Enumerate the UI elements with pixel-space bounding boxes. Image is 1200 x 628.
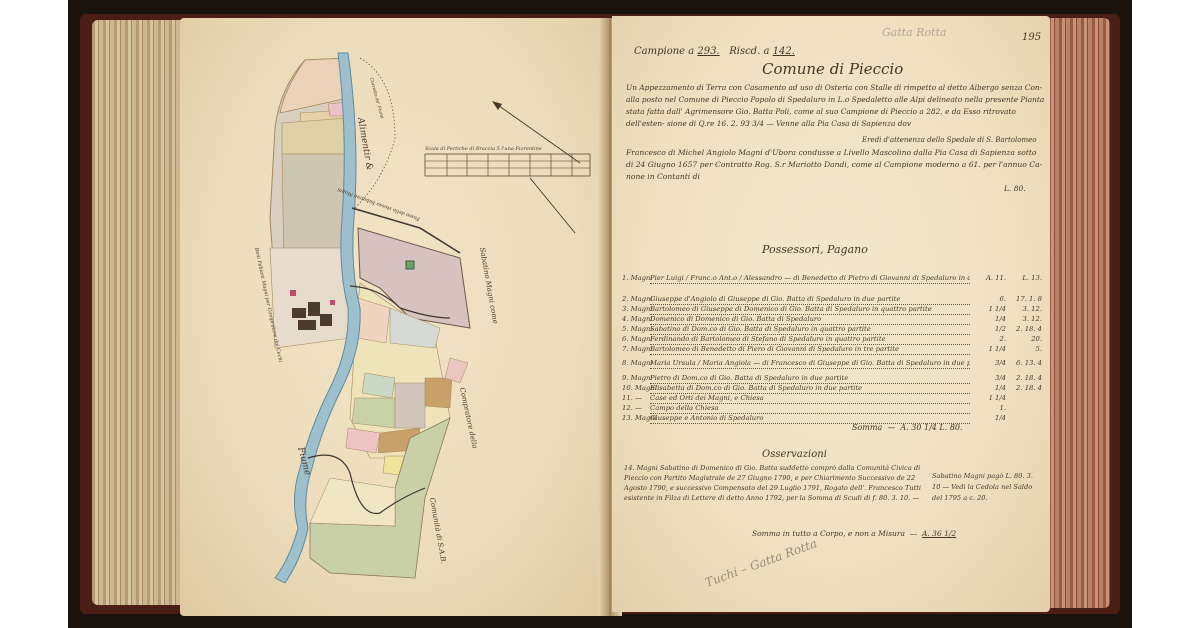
scale-label: Scala di Pertiche di Braccia 5 l'una Fio… (425, 146, 542, 152)
observations-text: 14. Magni Sabatino di Domenico di Gio. B… (624, 463, 924, 503)
riscontro-label: Riscd. a (729, 46, 769, 57)
ledger-row: 9. Magni Pietro di Dom.co di Gio. Batta … (622, 374, 1042, 384)
total-value: A. 36 1/2 (922, 529, 956, 538)
ledger-row: 5. Magni Sabatino di Dom.co di Gio. Batt… (622, 325, 1042, 335)
ledger-row: 7. Magni Bartolomeo di Benedetto di Pier… (622, 345, 1042, 355)
ledger-row: 3. Magni Bartolomeo di Giuseppe di Domen… (622, 305, 1042, 315)
dotted-boundary-label: Corrotto de' Fiumi (368, 77, 385, 120)
pencil-note-bottom: Tuchi – Gatta Rotta (703, 536, 819, 590)
ledger-row: 10. Magni Elisabetta di Dom.co di Gio. B… (622, 384, 1042, 394)
pencil-note-top: Gatta Rotta (882, 26, 947, 39)
cadastral-map: Scala di Pertiche di Braccia 5 l'una Fio… (180, 18, 610, 616)
river-upper-label: Alimentir & (355, 116, 374, 172)
ledger-sum: Somma — A. 30 1/4 L. 80. (852, 423, 963, 432)
owner-paragraph: Francesco di Michel Angiolo Magni d'Ubor… (626, 147, 1046, 183)
page-edges-right (1048, 18, 1110, 608)
intro-paragraph: Un Appezzamento di Terra con Casamento a… (626, 82, 1046, 130)
ledger-row: 13. Magni Giuseppe e Antonio di Spedalur… (622, 414, 1042, 424)
ledger-row: 8. Magni Maria Ursula / Maria Angiola — … (622, 359, 1042, 369)
left-page-map: Scala di Pertiche di Braccia 5 l'una Fio… (180, 18, 610, 616)
ledger-row: 1. Magni Pier Luigi / Franc.o Ant.o / Al… (622, 274, 1042, 284)
right-page-register: Gatta Rotta 195 Campione a 293. Riscd. a… (612, 16, 1050, 612)
owner-amount: L. 80. (1004, 184, 1026, 193)
sum-value: A. 30 1/4 L. 80. (900, 423, 962, 432)
ledger-row: 2. Magni Giuseppe d'Angiolo di Giuseppe … (622, 295, 1042, 305)
ledger-row: 6. Magni Ferdinando di Bartolomeo di Ste… (622, 335, 1042, 345)
page-edges-left (92, 20, 192, 605)
right-side-label-1: Sabatino Magni come (478, 247, 499, 325)
right-side-label-2: Compratore della (458, 387, 479, 450)
ledger-row: 4. Magni Domenico di Domenico di Gio. Ba… (622, 315, 1042, 325)
page-title: Comune di Pieccio (762, 60, 903, 78)
grand-total: Somma in tutto a Corpo, e non a Misura —… (752, 529, 956, 538)
right-side-label-3: Comunità di S.A.B. (428, 497, 448, 564)
owner-note: Eredi d'attenenza dello Spedale di S. Ba… (862, 136, 1036, 144)
riscontro-value: 142. (773, 46, 795, 57)
section-title: Possessori, Pagano (762, 243, 868, 256)
book-photo: Scala di Pertiche di Braccia 5 l'una Fio… (68, 0, 1132, 628)
campione-value: 293. (697, 46, 719, 57)
observations-side-note: Sabatino Magni pagò L. 80. 3. 10 — Vedi … (932, 471, 1042, 504)
ledger-row: 11. — Case ed Orti dei Magni, e Chiesa 1… (622, 394, 1042, 404)
register-header: Campione a 293. Riscd. a 142. (634, 46, 795, 57)
sum-label: Somma (852, 423, 882, 432)
total-label: Somma in tutto a Corpo, e non a Misura (752, 529, 905, 538)
campione-label: Campione a (634, 46, 694, 57)
observations-title: Osservazioni (762, 449, 827, 460)
page-number: 195 (1022, 32, 1041, 43)
ledger-row: 12. — Campo della Chiesa 1. (622, 404, 1042, 414)
